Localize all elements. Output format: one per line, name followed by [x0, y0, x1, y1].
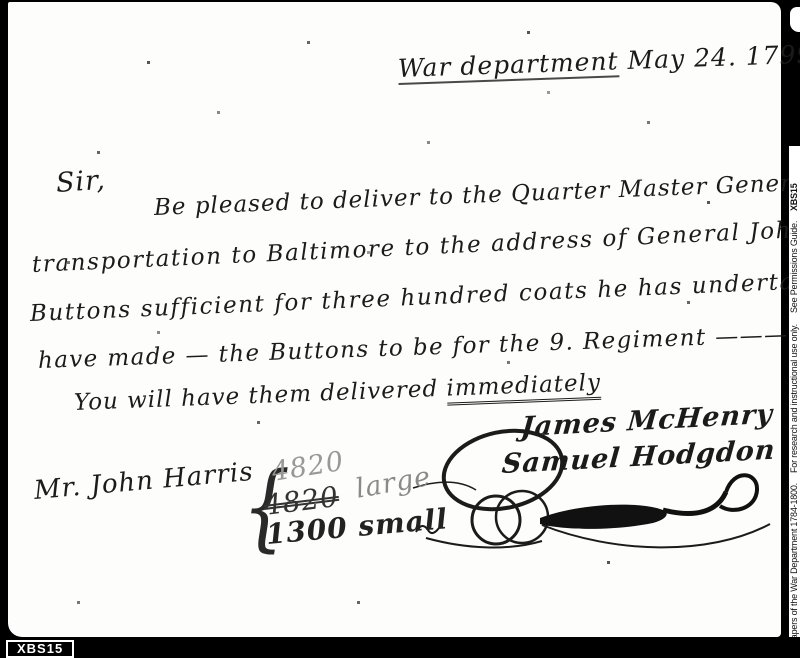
signature-flourish — [408, 410, 788, 565]
archive-rights-strip: Papers of the War Department 1784-1800. … — [789, 146, 800, 645]
scan-corner-notch — [790, 7, 800, 32]
dateline-place: War department — [397, 46, 619, 85]
rights-permissions: See Permissions Guide. — [789, 221, 799, 313]
rights-usage: For research and instructional use only. — [789, 324, 799, 473]
body-line-4: have made — the Buttons to be for the 9.… — [38, 321, 800, 374]
salutation: Sir, — [55, 165, 107, 199]
archive-rights-text: Papers of the War Department 1784-1800. … — [789, 146, 800, 645]
rights-code: XBS15 — [789, 183, 799, 211]
archive-code-label: XBS15 — [6, 640, 74, 658]
document-page: War department May 24. 1799. Sir, Be ple… — [8, 2, 781, 637]
body-line-5-text: You will have them delivered — [74, 376, 439, 416]
bottom-bar: XBS15 — [0, 637, 800, 658]
underlined-word: immediately — [446, 370, 602, 406]
body-line-3: Buttons sufficient for three hundred coa… — [29, 266, 800, 327]
body-line-2: transportation to Baltimore to the addre… — [31, 213, 800, 278]
body-line-1: Be pleased to deliver to the Quarter Mas… — [154, 168, 800, 221]
scan-noise — [8, 2, 9, 3]
dateline: War department May 24. 1799. — [397, 39, 800, 83]
addressee-name: Mr. John Harris — [33, 457, 255, 506]
rights-credit: Papers of the War Department 1784-1800. — [789, 483, 799, 645]
dateline-date: May 24. 1799. — [627, 39, 800, 75]
